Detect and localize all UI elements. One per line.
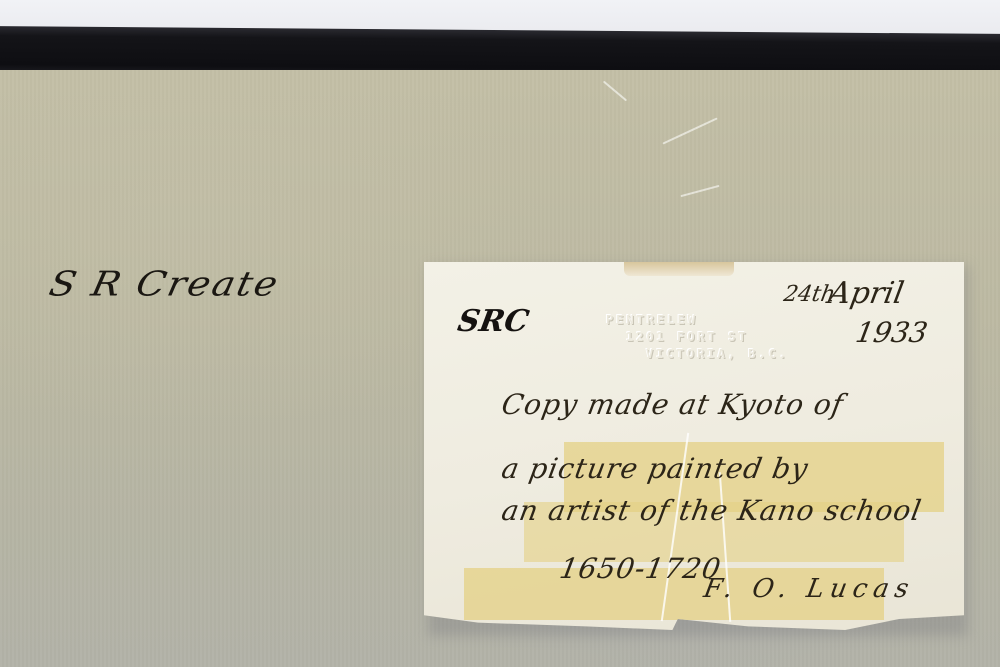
board-scratch	[662, 117, 717, 144]
handwritten-label: PENTRELEW 1201 FORT ST VICTORIA, B.C. SR…	[424, 262, 964, 630]
stamp-line: PENTRELEW	[606, 312, 836, 329]
date-year: 1933	[853, 316, 930, 349]
label-initials: SRC	[455, 304, 532, 339]
stamp-line: VICTORIA, B.C.	[606, 346, 836, 363]
date-month: April	[826, 276, 907, 311]
note-line: 1650-1720	[557, 552, 724, 585]
photo-scene: S R Create PENTRELEW 1201 FORT ST VICTOR…	[0, 0, 1000, 667]
note-line: Copy made at Kyoto of	[499, 388, 846, 421]
board-scratch	[603, 81, 627, 102]
note-line: a picture painted by	[499, 452, 811, 485]
curled-tape	[624, 262, 734, 276]
board-scratch	[680, 185, 719, 197]
label-signature: F. O. Lucas	[701, 574, 917, 604]
note-line: an artist of the Kano school	[499, 494, 924, 527]
stamp-line: 1201 FORT ST	[606, 329, 836, 346]
embossed-stamp: PENTRELEW 1201 FORT ST VICTORIA, B.C.	[606, 312, 836, 363]
pencil-signature: S R Create	[46, 264, 283, 304]
